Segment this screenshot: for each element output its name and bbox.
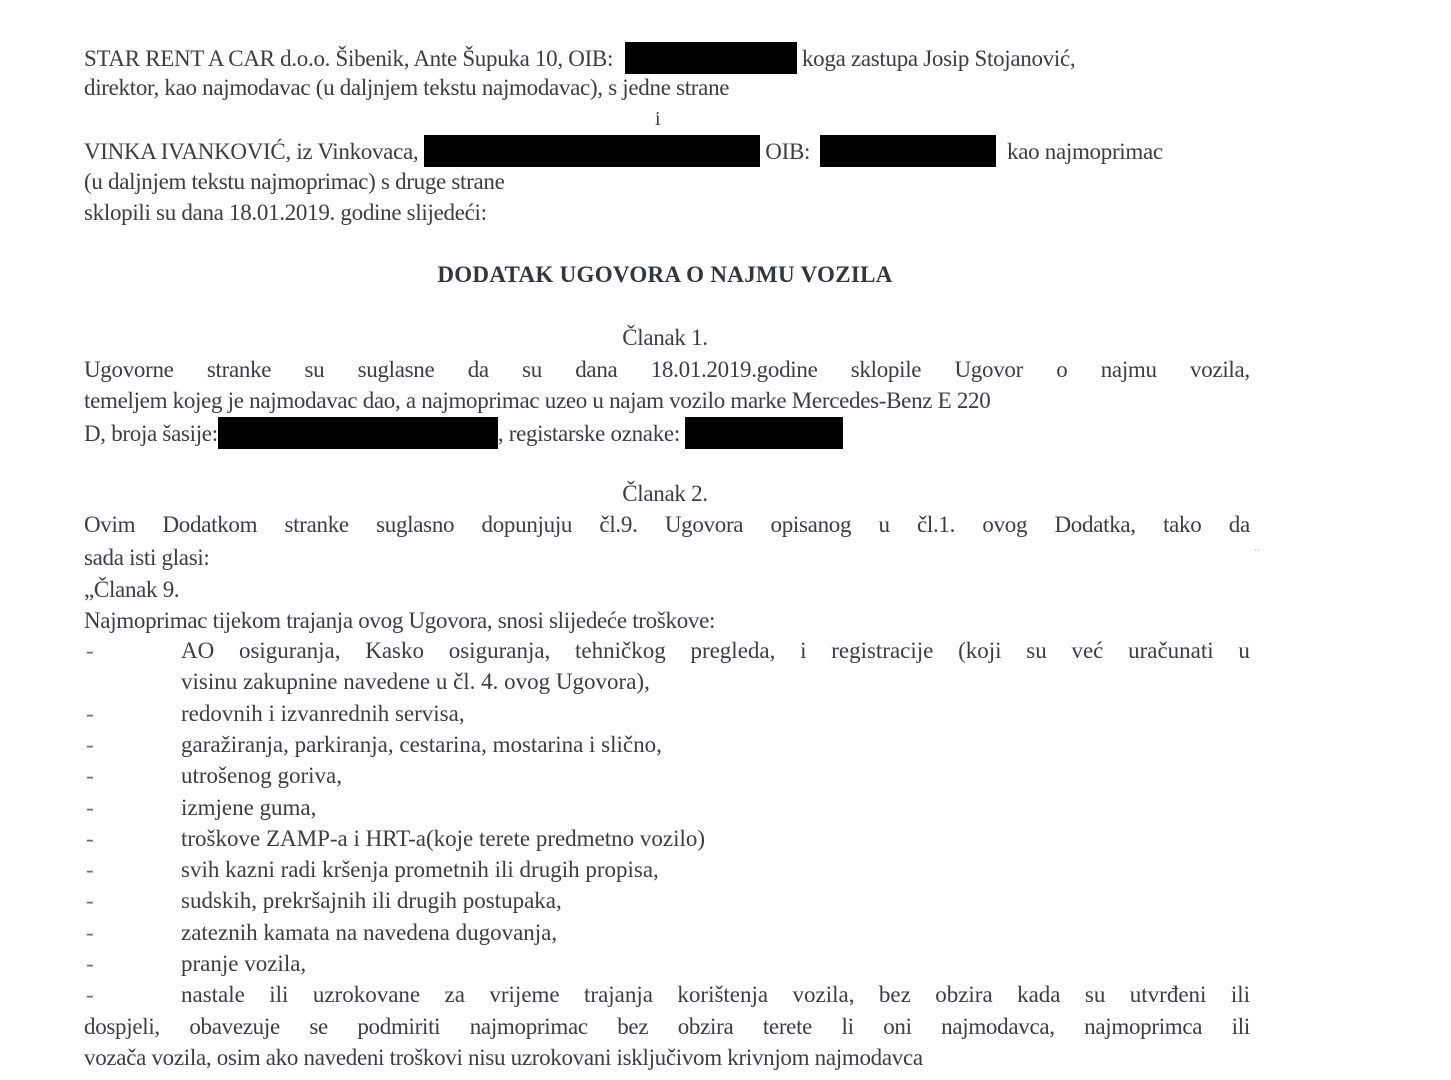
bullet-dash: -: [86, 855, 94, 885]
cost-item: zateznih kamata na navedena dugovanja,: [181, 918, 557, 948]
word: Kasko: [365, 636, 424, 666]
word: za: [445, 980, 465, 1010]
party-2-line-2: (u daljnjem tekstu najmoprimac) s druge …: [84, 167, 505, 197]
redacted-oib-1: [625, 42, 797, 74]
article-9-heading: „Članak 9.: [84, 575, 179, 605]
word: sklopile: [851, 355, 921, 385]
word: osiguranja,: [239, 636, 341, 666]
word: vozila,: [1190, 355, 1250, 385]
cost-item: sudskih, prekršajnih ili drugih postupak…: [181, 886, 562, 916]
word: najmoprimca: [1084, 1012, 1202, 1042]
cost-item: utrošenog goriva,: [181, 761, 342, 791]
word: obzira: [678, 1012, 734, 1042]
agreement-date-line: sklopili su dana 18.01.2019. godine slij…: [84, 198, 487, 228]
word: 18.01.2019.godine: [651, 355, 818, 385]
word: suglasne: [358, 355, 435, 385]
word: već: [1071, 636, 1103, 666]
cost-item: izmjene guma,: [181, 793, 316, 823]
word: ili: [269, 980, 288, 1010]
word: tako: [1163, 510, 1201, 540]
redacted-oib-2: [820, 135, 996, 167]
word: nastale: [181, 980, 245, 1010]
word: osiguranja,: [449, 636, 551, 666]
chassis-label: D, broja šasije:: [84, 421, 218, 446]
bullet-dash: -: [86, 886, 94, 916]
word: Ugovor: [954, 355, 1022, 385]
word: uzrokovane: [313, 980, 420, 1010]
party-2-line-1: VINKA IVANKOVIĆ, iz Vinkovaca, OIB: kao …: [84, 135, 1163, 167]
party-1-name-address: STAR RENT A CAR d.o.o. Šibenik, Ante Šup…: [84, 46, 613, 71]
party-1-line-2: direktor, kao najmodavac (u daljnjem tek…: [84, 73, 729, 103]
article-1-line-1: Ugovornestrankesusuglasnedasudana18.01.2…: [84, 355, 1250, 385]
word: registracije: [831, 636, 933, 666]
word: Ugovorne: [84, 355, 174, 385]
bullet-dash: -: [86, 636, 94, 666]
cost-item: svih kazni radi kršenja prometnih ili dr…: [181, 855, 659, 885]
redacted-registration-plate: [685, 417, 843, 449]
word: podmiriti: [357, 1012, 440, 1042]
word: suglasno: [376, 510, 454, 540]
bullet-dash: -: [86, 918, 94, 948]
word: bez: [879, 980, 911, 1010]
word: su: [522, 355, 542, 385]
article-1-heading: Članak 1.: [0, 323, 1330, 353]
word: čl.9.: [599, 510, 637, 540]
cost-item: pranje vozila,: [181, 949, 306, 979]
cost-item-continuation: visinu zakupnine navedene u čl. 4. ovog …: [181, 667, 650, 697]
cost-item: troškove ZAMP-a i HRT-a(koje terete pred…: [181, 824, 705, 854]
word: dopunjuju: [482, 510, 573, 540]
article-2-heading: Članak 2.: [0, 479, 1330, 509]
word: obzira: [935, 980, 992, 1010]
word: ili: [1231, 980, 1250, 1010]
word: da: [468, 355, 489, 385]
cost-item: AOosiguranja,Kaskoosiguranja,tehničkogpr…: [181, 636, 1250, 666]
bullet-dash: -: [86, 699, 94, 729]
cost-item: redovnih i izvanrednih servisa,: [181, 699, 465, 729]
word: uračunati: [1128, 636, 1214, 666]
word: opisanog: [771, 510, 852, 540]
word: Dodatka,: [1054, 510, 1135, 540]
word: su: [1026, 636, 1046, 666]
article-1-line-2: temeljem kojeg je najmodavac dao, a najm…: [84, 386, 1250, 416]
registration-label: , registarske oznake:: [498, 421, 680, 446]
word: Ugovora: [665, 510, 743, 540]
bullet-dash: -: [86, 793, 94, 823]
word: dana: [575, 355, 617, 385]
article-2-line-2: sada isti glasi:: [84, 543, 210, 573]
word: vozila,: [793, 980, 855, 1010]
scan-speck: ··: [1254, 546, 1260, 556]
word: korištenja: [677, 980, 768, 1010]
word: utvrđeni: [1130, 980, 1207, 1010]
redacted-chassis-number: [218, 417, 498, 449]
word: najmodavca,: [941, 1012, 1055, 1042]
word: AO: [181, 636, 214, 666]
word: dospjeli,: [84, 1012, 160, 1042]
word: oni: [883, 1012, 912, 1042]
word: o: [1056, 355, 1067, 385]
redacted-address: [424, 135, 760, 167]
word: Ovim: [84, 510, 135, 540]
word: kada: [1017, 980, 1060, 1010]
cost-item: garažiranja, parkiranja, cestarina, most…: [181, 730, 662, 760]
word: obavezuje: [189, 1012, 280, 1042]
article-1-line-3: D, broja šasije:, registarske oznake:: [84, 417, 843, 449]
party-1-representative: koga zastupa Josip Stojanović,: [802, 46, 1075, 71]
party-2-name: VINKA IVANKOVIĆ, iz Vinkovaca,: [84, 139, 418, 164]
word: ili: [1232, 1012, 1250, 1042]
word: vrijeme: [489, 980, 559, 1010]
party-1-line-1: STAR RENT A CAR d.o.o. Šibenik, Ante Šup…: [84, 42, 1075, 74]
document-title: DODATAK UGOVORA O NAJMU VOZILA: [0, 260, 1330, 290]
costs-intro: Najmoprimac tijekom trajanja ovog Ugovor…: [84, 606, 715, 636]
word: tehničkog: [575, 636, 666, 666]
cost-item-continuation: vozača vozila, osim ako navedeni troškov…: [84, 1043, 923, 1073]
word: da: [1229, 510, 1250, 540]
word: stranke: [285, 510, 349, 540]
word: pregleda,: [690, 636, 775, 666]
cost-item: nastaleiliuzrokovanezavrijemetrajanjakor…: [181, 980, 1250, 1010]
bullet-dash: -: [86, 761, 94, 791]
word: najmoprimac: [470, 1012, 588, 1042]
bullet-dash: -: [86, 949, 94, 979]
word: Dodatkom: [163, 510, 258, 540]
word: trajanja: [584, 980, 653, 1010]
word: u: [878, 510, 889, 540]
bullet-dash: -: [86, 730, 94, 760]
conjunction: i: [655, 104, 660, 134]
bullet-dash: -: [86, 824, 94, 854]
word: čl.1.: [917, 510, 955, 540]
word: (koji: [958, 636, 1001, 666]
word: i: [800, 636, 806, 666]
word: u: [1238, 636, 1250, 666]
word: su: [1085, 980, 1105, 1010]
party-2-oib-label: OIB:: [765, 139, 810, 164]
word: ovog: [982, 510, 1027, 540]
word: li: [842, 1012, 854, 1042]
word: se: [309, 1012, 328, 1042]
cost-item-continuation: dospjeli,obavezujesepodmiritinajmoprimac…: [84, 1012, 1250, 1042]
article-2-line-1: OvimDodatkomstrankesuglasnodopunjujučl.9…: [84, 510, 1250, 540]
party-2-role: kao najmoprimac: [1007, 139, 1163, 164]
word: su: [304, 355, 324, 385]
word: stranke: [207, 355, 271, 385]
bullet-dash: -: [86, 980, 94, 1010]
word: najmu: [1101, 355, 1157, 385]
word: bez: [617, 1012, 648, 1042]
word: terete: [763, 1012, 812, 1042]
